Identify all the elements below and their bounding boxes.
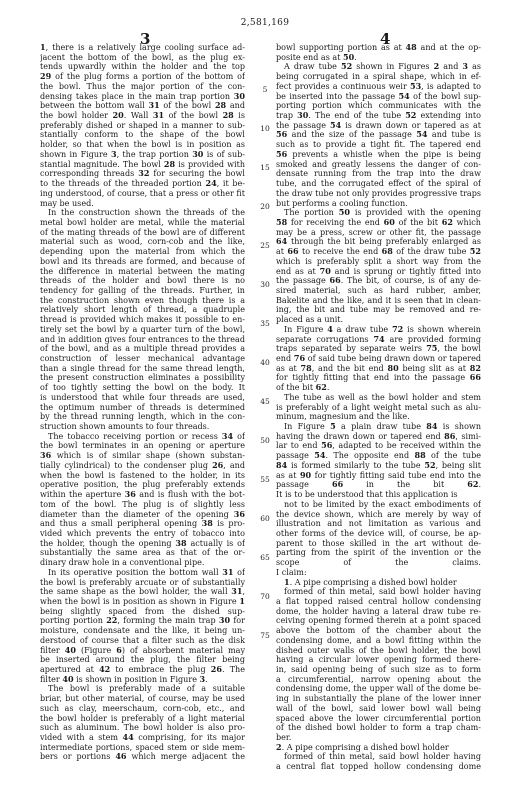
text-line: being slightly spaced from the dished su… <box>40 607 245 617</box>
text-line: In the construction shown the threads of… <box>40 208 245 218</box>
line-number: 35 <box>258 319 272 328</box>
text-line: The portion 50 is provided with the open… <box>276 208 481 218</box>
text-line: It is to be understood that this applica… <box>276 490 481 500</box>
text-line: which is preferably split a short way fr… <box>276 257 481 267</box>
text-line: material such as wood, corn-cob and the … <box>40 237 245 247</box>
text-line: posite end as at 50. <box>276 53 481 63</box>
text-line: A draw tube 52 shown in Figures 2 and 3 … <box>276 62 481 72</box>
text-line: end 76 of said tube being drawn down or … <box>276 354 481 364</box>
text-line: as at 78, and the bit end 80 being slit … <box>276 364 481 374</box>
text-line: to the threads of the threaded portion 2… <box>40 179 245 189</box>
line-number: 70 <box>258 592 272 601</box>
text-line: ceiving opening formed therein at a poin… <box>276 616 481 626</box>
text-line: dinary draw hole in a conventional pipe. <box>40 558 245 568</box>
text-line: 1, there is a relatively large cooling s… <box>40 43 245 53</box>
text-line: depending upon the material from which t… <box>40 247 245 257</box>
text-line: tom of the bowl. The plug is of slightly… <box>40 500 245 510</box>
text-line: 56 and the size of the passage 54 and tu… <box>276 130 481 140</box>
text-line: corresponding threads 32 for securing th… <box>40 169 245 179</box>
text-line: traps separated by separate weirs 75, th… <box>276 344 481 354</box>
text-line: of the dished bowl holder to form a trap… <box>276 723 481 733</box>
text-line: a circumferential, narrow opening about … <box>276 675 481 685</box>
text-line: construction of lesser mechanical advant… <box>40 354 245 364</box>
text-line: be inserted into the passage 54 of the b… <box>276 92 481 102</box>
line-number: 65 <box>258 553 272 562</box>
text-line: in, said opening being of such size as t… <box>276 665 481 675</box>
text-line: placed as a unit. <box>276 315 481 325</box>
text-line: may be used. <box>40 199 245 209</box>
text-line: minum, magnesium and the like. <box>276 412 481 422</box>
text-line: of the mating threads of the bowl are of… <box>40 228 245 238</box>
text-line: moisture, condensate and the like, it be… <box>40 626 245 636</box>
text-line: when the bowl is fastened to the holder,… <box>40 471 245 481</box>
text-line: 29 of the plug forms a portion of the bo… <box>40 72 245 82</box>
text-line: Bakelite and the like, and it is seen th… <box>276 296 481 306</box>
text-line: dished outer walls of the bowl holder, t… <box>276 646 481 656</box>
text-line: the bowl terminates in an opening or ape… <box>40 441 245 451</box>
text-line: end as at 70 and is sprung or tightly fi… <box>276 267 481 277</box>
text-line: tends upwardly within the holder and the… <box>40 62 245 72</box>
text-line: thread is provided which makes it possib… <box>40 315 245 325</box>
text-line: illustration and not limitation as vario… <box>276 519 481 529</box>
text-line: metal bowl holder are metal, while the m… <box>40 218 245 228</box>
text-line: 58 for receiving the end 60 of the bit 6… <box>276 218 481 228</box>
text-line: dome, the holder having a lateral draw t… <box>276 607 481 617</box>
text-line: being corrugated in a spiral shape, whic… <box>276 72 481 82</box>
text-line: fect provides a continuous weir 53, is a… <box>276 82 481 92</box>
line-number: 25 <box>258 241 272 250</box>
text-line: scope of the claims. <box>276 558 481 568</box>
text-line: briar, but other material, of course, ma… <box>40 694 245 704</box>
text-line: spaced above the lower circumferential p… <box>276 714 481 724</box>
text-line: condensing dome, the upper wall of the d… <box>276 684 481 694</box>
text-line: In Figure 4 a draw tube 72 is shown wher… <box>276 325 481 335</box>
text-line: 2. A pipe comprising a dished bowl holde… <box>276 743 481 753</box>
text-line: formed of thin metal, said bowl holder h… <box>276 752 481 762</box>
text-line: the holder, though the opening 38 actual… <box>40 539 245 549</box>
line-number: 20 <box>258 202 272 211</box>
line-number: 60 <box>258 514 272 523</box>
text-line: is preferably of a light weight metal su… <box>276 403 481 413</box>
text-line: In its operative position the bottom wal… <box>40 568 245 578</box>
text-line: preferably dished or shaped in a manner … <box>40 121 245 131</box>
text-line: and thus a small peripheral opening 38 i… <box>40 519 245 529</box>
text-line: than a single thread for the same thread… <box>40 364 245 374</box>
text-line: bowl and its threads are formed, and bec… <box>40 257 245 267</box>
text-line: of the bit 62. <box>276 383 481 393</box>
text-line: ber. <box>276 733 481 743</box>
line-number: 50 <box>258 436 272 445</box>
text-line: for tightly fitting that end into the pa… <box>276 373 481 383</box>
text-line: parting from the spirit of the invention… <box>276 548 481 558</box>
patent-number: 2,581,169 <box>0 18 530 28</box>
text-line: formed of thin metal, said bowl holder h… <box>276 587 481 597</box>
text-line: vided which prevents the entry of tobacc… <box>40 529 245 539</box>
text-line: ing, the bit and tube may be removed and… <box>276 305 481 315</box>
right-column-text: bowl supporting portion as at 48 and at … <box>276 43 481 772</box>
text-line: The tobacco receiving portion or recess … <box>40 432 245 442</box>
text-line: but performs a cooling function. <box>276 199 481 209</box>
text-line: sired material, such as hard rubber, amb… <box>276 286 481 296</box>
text-line: above the bottom of the chamber about th… <box>276 626 481 636</box>
text-line: The bowl is preferably made of a suitabl… <box>40 684 245 694</box>
text-line: the passage 66. The bit, of course, is o… <box>276 276 481 286</box>
text-line: the optimum number of threads is determi… <box>40 403 245 413</box>
text-line: such as clay, meerschaum, corn-cob, etc.… <box>40 704 245 714</box>
text-line: may be a press, screw or other fit, the … <box>276 228 481 238</box>
text-line: the difference in material between the m… <box>40 267 245 277</box>
text-line: stantial magnitude. The bowl 28 is provi… <box>40 160 245 170</box>
text-line: parent to those skilled in the art witho… <box>276 539 481 549</box>
text-line: wall of the bowl, said lower bowl wall b… <box>276 704 481 714</box>
text-line: jacent the bottom of the bowl, as the pl… <box>40 53 245 63</box>
text-line: porting portion 22, forming the main tra… <box>40 616 245 626</box>
text-line: the draw tube not only provides progress… <box>276 189 481 199</box>
text-line: such as to provide a tight fit. The tape… <box>276 140 481 150</box>
text-line: the bowl holder 20. Wall 31 of the bowl … <box>40 111 245 121</box>
line-number: 30 <box>258 280 272 289</box>
text-line: condensing dome, and a bowl fitting with… <box>276 636 481 646</box>
text-line: smoked and greatly lessens the danger of… <box>276 160 481 170</box>
text-line: struction shown amounts to four threads. <box>40 422 245 432</box>
text-line: a central flat topped hollow condensing … <box>276 762 481 772</box>
line-number: 55 <box>258 475 272 484</box>
text-line: tube, and the corrugated effect of the s… <box>276 179 481 189</box>
text-line: a flat topped raised central hollow cond… <box>276 597 481 607</box>
line-number: 45 <box>258 397 272 406</box>
text-line: 1. A pipe comprising a dished bowl holde… <box>276 578 481 588</box>
text-line: filter 40 is shown in position in Figure… <box>40 675 245 685</box>
text-line: the passage 54 is drawn down or tapered … <box>276 121 481 131</box>
text-line: the same shape as the bowl holder, the w… <box>40 587 245 597</box>
line-number: 40 <box>258 358 272 367</box>
text-line: is understood that while four threads ar… <box>40 393 245 403</box>
line-number: 10 <box>258 124 272 133</box>
text-line: stantially conform to the shape of the b… <box>40 130 245 140</box>
text-line: apertured at 42 to embrace the plug 26. … <box>40 665 245 675</box>
text-line: intermediate portions, spaced stem or si… <box>40 743 245 753</box>
text-line: the bowl is preferably arcuate or of sub… <box>40 578 245 588</box>
text-line: separate corrugations 74 are provided fo… <box>276 335 481 345</box>
text-line: be inserted around the plug, the filter … <box>40 655 245 665</box>
text-line: other forms of the device will, of cours… <box>276 529 481 539</box>
text-line: operative position, the plug preferably … <box>40 480 245 490</box>
text-line: not to be limited by the exact embodimen… <box>276 500 481 510</box>
text-line: holder, so that when the bowl is in posi… <box>40 140 245 150</box>
text-line: such as aluminum. The bowl holder is als… <box>40 723 245 733</box>
text-line: within the aperture 36 and is flush with… <box>40 490 245 500</box>
text-line: filter 40 (Figure 6) of absorbent materi… <box>40 646 245 656</box>
text-line: 36 which is of similar shape (shown subs… <box>40 451 245 461</box>
text-line: at 66 to receive the end 68 of the draw … <box>276 247 481 257</box>
line-number: 15 <box>258 163 272 172</box>
text-line: substantially the same area as that of t… <box>40 548 245 558</box>
text-line: In Figure 5 a plain draw tube 84 is show… <box>276 422 481 432</box>
text-line: densing takes place in the main trap por… <box>40 92 245 102</box>
text-line: passage 54. The opposite end 88 of the t… <box>276 451 481 461</box>
text-line: derstood of course that a filter such as… <box>40 636 245 646</box>
text-line: the construction shown even though there… <box>40 296 245 306</box>
text-line: passage 66 in the bit 62. <box>276 480 481 490</box>
text-line: ing in substantially the plane of the lo… <box>276 694 481 704</box>
text-line: 84 is formed similarly to the tube 52, b… <box>276 461 481 471</box>
text-line: bowl supporting portion as at 48 and at … <box>276 43 481 53</box>
left-column-text: 1, there is a relatively large cooling s… <box>40 43 245 762</box>
line-number: 5 <box>258 85 272 94</box>
text-line: vided with a stem 44 comprising, for its… <box>40 733 245 743</box>
text-line: diameter than the diameter of the openin… <box>40 510 245 520</box>
text-line: by the thread running length, which in t… <box>40 412 245 422</box>
text-line: lar to end 56, adapted to be received wi… <box>276 441 481 451</box>
text-line: 64 through the bit being preferably enla… <box>276 237 481 247</box>
text-line: densate running from the trap into the d… <box>276 169 481 179</box>
text-line: and in addition gives four entrances to … <box>40 335 245 345</box>
text-line: the present construction eliminates a po… <box>40 373 245 383</box>
text-line: when the bowl is in position as shown in… <box>40 597 245 607</box>
text-line: tially cylindrical) to the condenser plu… <box>40 461 245 471</box>
line-number: 75 <box>258 631 272 640</box>
text-line: the device shown, which are merely by wa… <box>276 510 481 520</box>
text-line: 56 prevents a whistle when the pipe is b… <box>276 150 481 160</box>
text-line: threads of the holder and bowl there is … <box>40 276 245 286</box>
text-line: having a circular lower opening formed t… <box>276 655 481 665</box>
text-line: ing understood, of course, that a press … <box>40 189 245 199</box>
text-line: of too tightly setting the bowl on the b… <box>40 383 245 393</box>
text-line: having the drawn down or tapered end 86,… <box>276 432 481 442</box>
text-line: shown in Figure 3, the trap portion 30 i… <box>40 150 245 160</box>
text-line: the bowl. Thus the major portion of the … <box>40 82 245 92</box>
text-line: the bowl holder is preferably of a light… <box>40 714 245 724</box>
text-line: I claim: <box>276 568 481 578</box>
text-line: tendency for galling of the threads. Fur… <box>40 286 245 296</box>
text-line: between the bottom wall 31 of the bowl 2… <box>40 101 245 111</box>
text-line: tirely set the bowl by a quarter turn of… <box>40 325 245 335</box>
text-line: The tube as well as the bowl holder and … <box>276 393 481 403</box>
text-line: relatively short length of thread, a qua… <box>40 305 245 315</box>
text-line: bers or portions 46 which merge adjacent… <box>40 752 245 762</box>
text-line: porting portion which communicates with … <box>276 101 481 111</box>
text-line: of the bowl, and as a multiple thread pr… <box>40 344 245 354</box>
text-line: trap 30. The end of the tube 52 extendin… <box>276 111 481 121</box>
text-line: as at 90 for tightly fitting said tube e… <box>276 471 481 481</box>
